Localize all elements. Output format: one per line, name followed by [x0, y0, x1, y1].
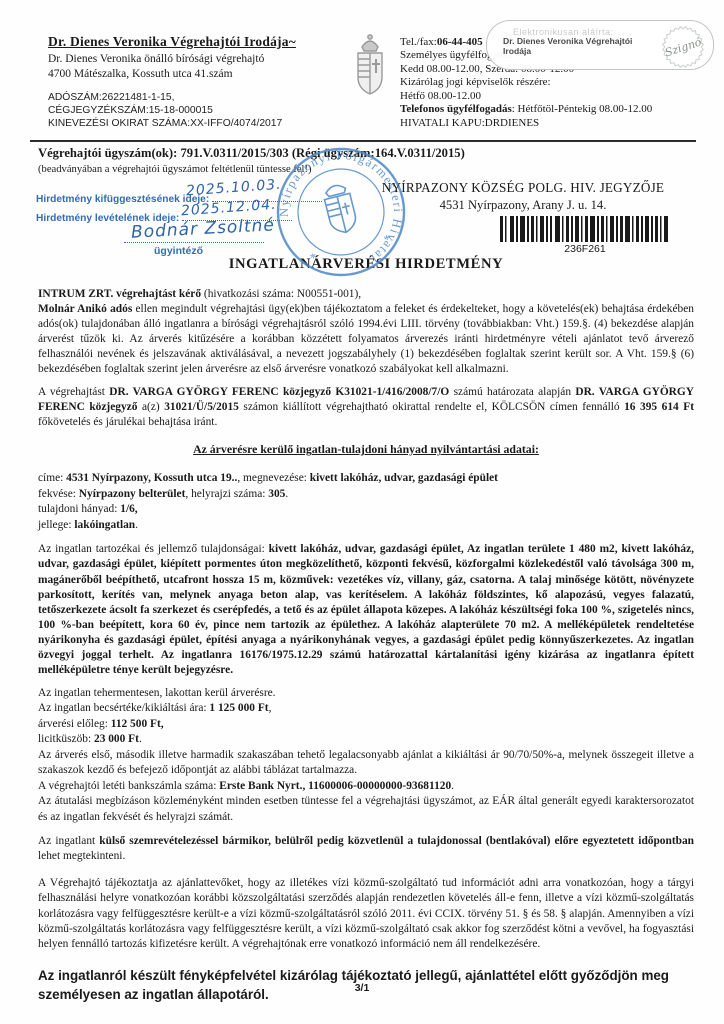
- contact-lawyers-only: Kizárólag jogi képviselők részére:: [400, 76, 715, 88]
- office-address: 4700 Mátészalka, Kossuth utca 41.szám: [48, 68, 348, 80]
- property-share-line: tulajdoni hányad: 1/6,: [38, 502, 694, 518]
- document-page: Dr. Dienes Veronika Végrehajtói Irodája~…: [0, 0, 724, 1024]
- bid-step-line: licitküszöb: 23 000 Ft.: [38, 732, 694, 748]
- paragraph-decree: A végrehajtást DR. VARGA GYÖRGY FERENC k…: [38, 385, 694, 430]
- svg-text:*: *: [308, 249, 318, 265]
- barcode-area: 236F261: [500, 216, 670, 255]
- property-location-line: fekvése: Nyírpazony belterület, helyrajz…: [38, 487, 694, 503]
- bank-account-line: A végrehajtói letéti bankszámla száma: E…: [38, 779, 694, 795]
- barcode-bars: [500, 216, 670, 242]
- deposit-line: árverési előleg: 112 500 Ft,: [38, 717, 694, 733]
- office-tax-id: ADÓSZÁM:26221481-1-15,: [48, 92, 348, 103]
- barcode-value: 236F261: [500, 243, 670, 255]
- section-heading: Az árverésre kerülő ingatlan-tulajdoni h…: [38, 442, 694, 457]
- property-kind-line: jellege: lakóingatlan.: [38, 518, 694, 534]
- unencumbered-line: Az ingatlan tehermentesen, lakottan kerü…: [38, 686, 694, 702]
- paragraph-intro-body: Molnár Anikó adós ellen megindult végreh…: [38, 302, 694, 377]
- szigno-seal-icon: Szignó: [661, 25, 705, 69]
- signature-dotted-line: [124, 242, 264, 243]
- document-body: INGATLANÁRVERÉSI HIRDETMÉNY INTRUM ZRT. …: [0, 256, 724, 1005]
- electronic-signature-stamp: Elektronikusan aláírta: Dr. Dienes Veron…: [486, 20, 714, 70]
- recipient-name: NYÍRPAZONY KÖZSÉG POLG. HIV. JEGYZŐJE: [348, 180, 698, 196]
- clerk-role-label: ügyintéző: [154, 245, 203, 257]
- page-number: 3/1: [0, 982, 724, 994]
- estamp-signer-name: Dr. Dienes Veronika Végrehajtói Irodája: [503, 36, 653, 56]
- paragraph-intro: INTRUM ZRT. végrehajtást kérő (hivatkozá…: [38, 287, 694, 302]
- auction-terms-group: Az ingatlan tehermentesen, lakottan kerü…: [38, 686, 694, 826]
- paragraph-viewing: Az ingatlant külső szemrevételezéssel bá…: [38, 834, 694, 864]
- contact-hours-2: Hétfő 08.00-12.00: [400, 90, 715, 102]
- stages-line: Az árverés első, második illetve harmadi…: [38, 748, 694, 779]
- price-line: Az ingatlan becsértéke/kikiáltási ára: 1…: [38, 701, 694, 717]
- coat-of-arms-icon: [350, 33, 390, 104]
- paragraph-water-utility: A Végrehajtó tájékoztatja az ajánlattevő…: [38, 876, 694, 951]
- transfer-line: Az átutalási megbízáson közleményként mi…: [38, 794, 694, 825]
- recipient-block: NYÍRPAZONY KÖZSÉG POLG. HIV. JEGYZŐJE 45…: [348, 180, 698, 257]
- recipient-address: 4531 Nyírpazony, Arany J. u. 14.: [348, 198, 698, 213]
- office-ids: ADÓSZÁM:26221481-1-15, CÉGJEGYZÉKSZÁM:15…: [48, 92, 348, 129]
- office-name: Dr. Dienes Veronika Végrehajtói Irodája~: [48, 34, 348, 50]
- barcode: 236F261: [348, 216, 698, 257]
- contact-hivatali-kapu: HIVATALI KAPU:DRDIENES: [400, 117, 715, 129]
- property-address-line: címe: 4531 Nyírpazony, Kossuth utca 19..…: [38, 471, 694, 487]
- paragraph-features: Az ingatlan tartozékai és jellemző tulaj…: [38, 542, 694, 677]
- contact-phone-hours: Telefonos ügyfélfogadás: Hétfőtöl-Péntek…: [400, 103, 715, 115]
- office-block: Dr. Dienes Veronika Végrehajtói Irodája~…: [48, 34, 348, 129]
- letterhead: Dr. Dienes Veronika Végrehajtói Irodája~…: [0, 0, 724, 254]
- office-subtitle: Dr. Dienes Veronika önálló bírósági végr…: [48, 53, 348, 65]
- office-appointment: KINEVEZÉSI OKIRAT SZÁMA:XX-IFFO/4074/201…: [48, 118, 348, 129]
- property-data-group: címe: 4531 Nyírpazony, Kossuth utca 19..…: [38, 471, 694, 533]
- szigno-text: Szignó: [663, 35, 703, 59]
- office-company-reg: CÉGJEGYZÉKSZÁM:15-18-000015: [48, 105, 348, 116]
